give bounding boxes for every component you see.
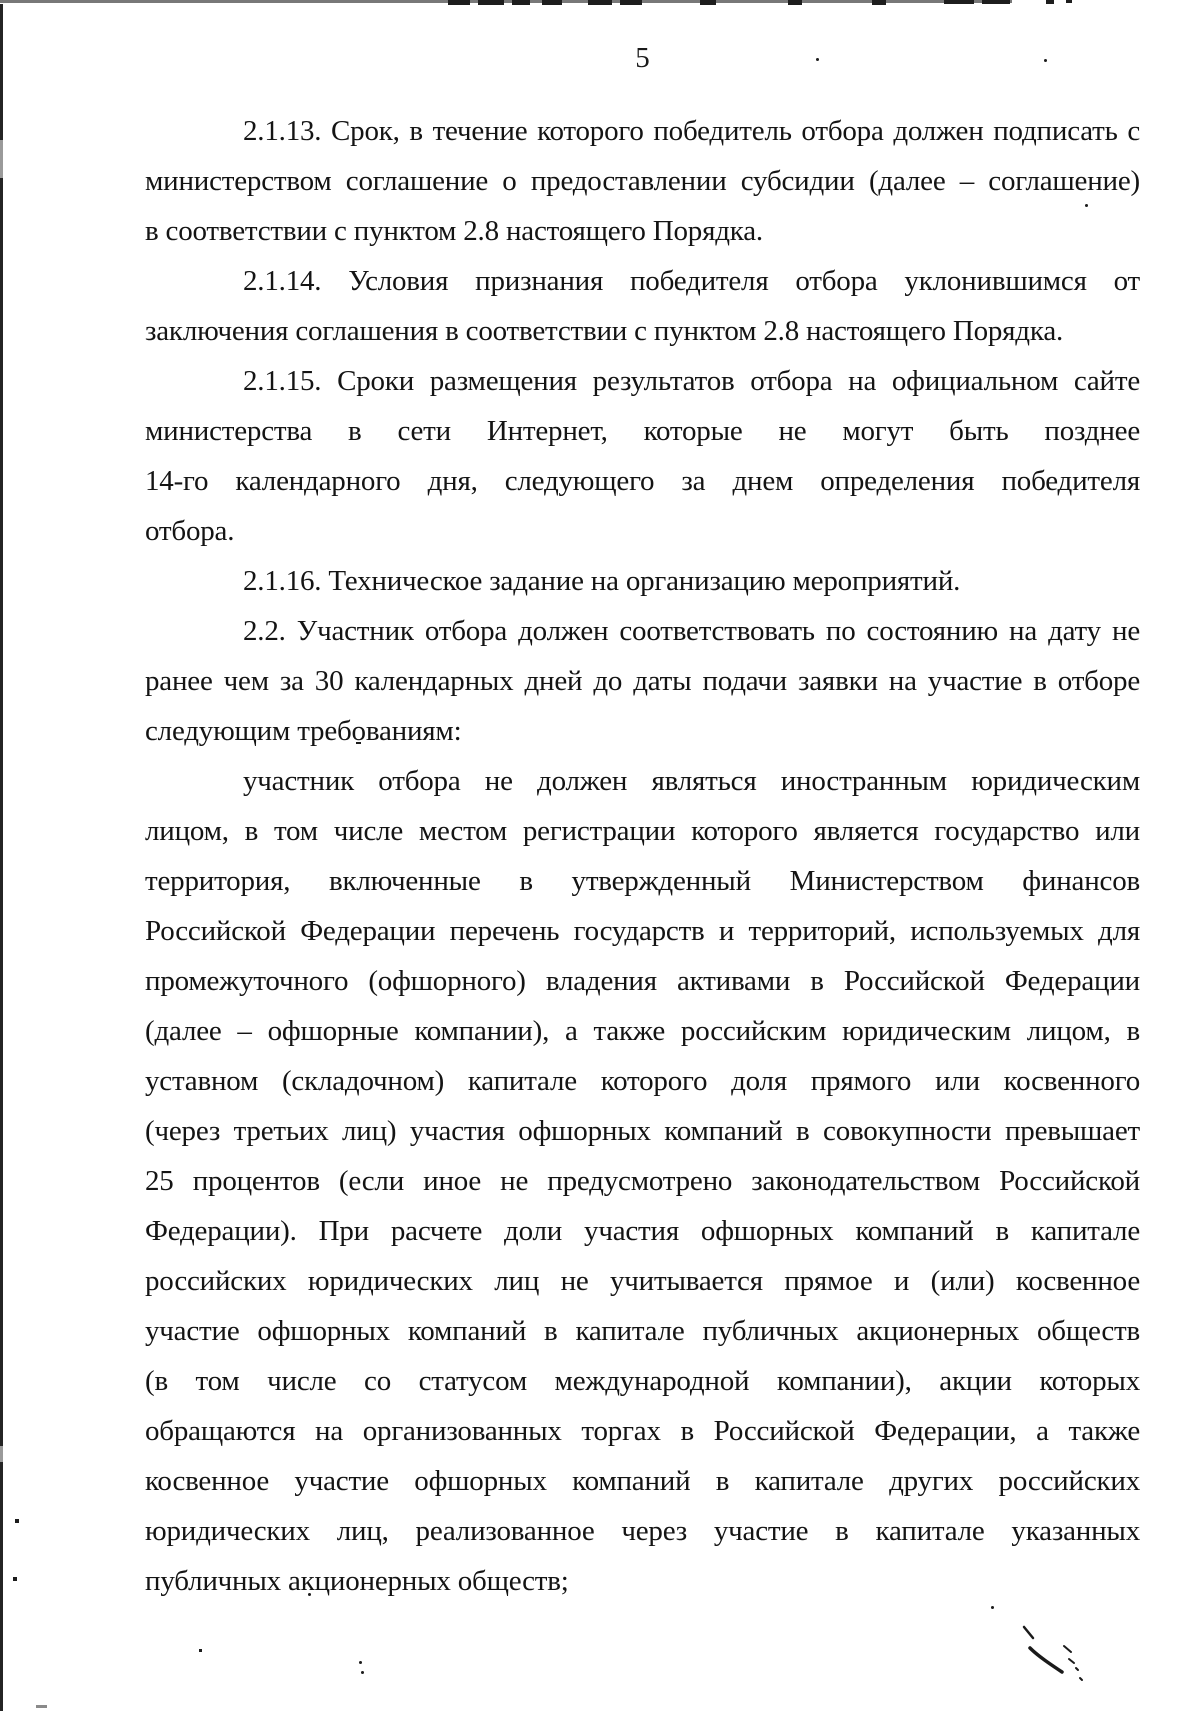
text-line: (через третьих лиц) участия офшорных ком…	[145, 1106, 1140, 1156]
text-line: 2.1.14. Условия признания победителя отб…	[145, 256, 1140, 306]
text-line: заключения соглашения в соответствии с п…	[145, 306, 1140, 356]
text-line: российских юридических лиц не учитываетс…	[145, 1256, 1140, 1306]
scan-artifact-top-dash	[982, 0, 1010, 4]
scan-artifact-top-dash	[1046, 0, 1054, 4]
scan-artifact-top-dash	[588, 0, 612, 5]
scan-artifact-left-edge-light	[0, 1446, 3, 1462]
text-line: 14-го календарного дня, следующего за дн…	[145, 456, 1140, 506]
scan-artifact-top-dash	[1066, 0, 1072, 3]
scan-speck	[13, 1577, 17, 1581]
text-line: (в том числе со статусом международной к…	[145, 1356, 1140, 1406]
paragraph: 2.1.15. Сроки размещения результатов отб…	[145, 356, 1140, 556]
scan-speck	[308, 1593, 311, 1596]
scan-artifact-top-dash	[478, 0, 504, 5]
text-line: 25 процентов (если иное не предусмотрено…	[145, 1156, 1140, 1206]
scan-speck	[359, 1661, 362, 1664]
scan-artifact-top-dash	[620, 0, 642, 5]
paragraph: участник отбора не должен являться иност…	[145, 756, 1140, 1606]
text-line: 2.1.13. Срок, в течение которого победит…	[145, 106, 1140, 156]
text-line: промежуточного (офшорного) владения акти…	[145, 956, 1140, 1006]
scan-speck	[991, 1606, 994, 1609]
text-line: 2.2. Участник отбора должен соответствов…	[145, 606, 1140, 656]
text-line: уставном (складочном) капитале которого …	[145, 1056, 1140, 1106]
text-line: отбора.	[145, 506, 1140, 556]
page-number: 5	[145, 42, 1140, 75]
scan-artifact-bottom-dash	[36, 1705, 47, 1708]
text-line: ранее чем за 30 календарных дней до даты…	[145, 656, 1140, 706]
scanned-document-page: 5 2.1.13. Срок, в течение которого побед…	[0, 0, 1200, 1711]
scan-artifact-top-dash	[542, 0, 562, 5]
text-line: министерства в сети Интернет, которые не…	[145, 406, 1140, 456]
scan-artifact-top-dash	[944, 0, 974, 4]
paragraph: 2.1.13. Срок, в течение которого победит…	[145, 106, 1140, 256]
text-line: косвенное участие офшорных компаний в ка…	[145, 1456, 1140, 1506]
text-line: Российской Федерации перечень государств…	[145, 906, 1140, 956]
scan-artifact-top-dash	[512, 0, 530, 5]
paragraph: 2.1.14. Условия признания победителя отб…	[145, 256, 1140, 356]
text-line: Федерации). При расчете доли участия офш…	[145, 1206, 1140, 1256]
scan-artifact-top-dash	[788, 0, 802, 5]
scan-speck	[15, 1519, 19, 1523]
text-line: в соответствии с пунктом 2.8 настоящего …	[145, 206, 1140, 256]
text-line: юридических лиц, реализованное через уча…	[145, 1506, 1140, 1556]
paragraph: 2.2. Участник отбора должен соответствов…	[145, 606, 1140, 756]
scan-artifact-top-dash	[448, 0, 470, 5]
paragraph: 2.1.16. Техническое задание на организац…	[145, 556, 1140, 606]
text-line: (далее – офшорные компании), а также рос…	[145, 1006, 1140, 1056]
text-line: лицом, в том числе местом регистрации ко…	[145, 806, 1140, 856]
scan-artifact-left-edge-light	[0, 140, 3, 178]
text-line: публичных акционерных обществ;	[145, 1556, 1140, 1606]
scan-speck	[1044, 59, 1047, 62]
scan-speck	[361, 1671, 364, 1674]
text-line: территория, включенные в утвержденный Ми…	[145, 856, 1140, 906]
text-block: 2.1.13. Срок, в течение которого победит…	[145, 106, 1140, 1606]
scan-artifact-top-edge	[0, 0, 1012, 3]
text-line: следующим требованиям:	[145, 706, 1140, 756]
scan-artifact-top-dash	[700, 0, 716, 5]
scan-speck	[356, 742, 361, 744]
text-line: 2.1.16. Техническое задание на организац…	[145, 556, 1140, 606]
text-line: министерством соглашение о предоставлени…	[145, 156, 1140, 206]
scan-speck	[1085, 204, 1088, 207]
text-line: участник отбора не должен являться иност…	[145, 756, 1140, 806]
text-line: участие офшорных компаний в капитале пуб…	[145, 1306, 1140, 1356]
text-line: 2.1.15. Сроки размещения результатов отб…	[145, 356, 1140, 406]
scan-artifact-top-dash	[872, 0, 886, 5]
scan-speck	[199, 1649, 202, 1652]
scan-speck	[816, 58, 819, 61]
text-line: обращаются на организованных торгах в Ро…	[145, 1406, 1140, 1456]
